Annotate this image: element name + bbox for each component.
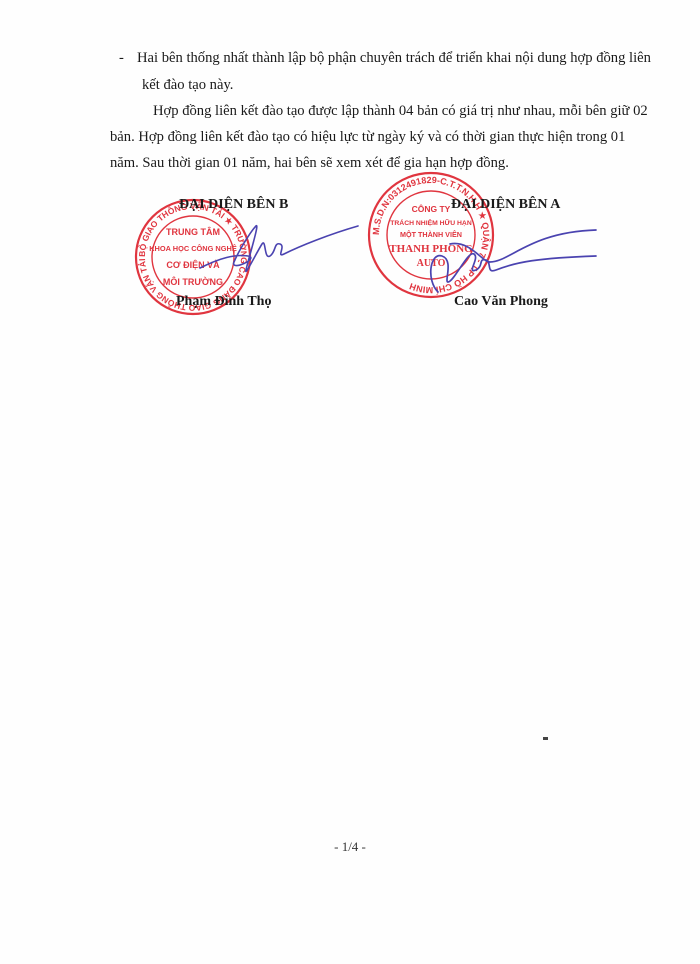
page-number: - 1/4 - [0,839,700,855]
party-b-name: Phạm Đình Thọ [176,292,271,312]
scan-speck [543,737,548,740]
party-a-signature [420,222,600,302]
party-a-name: Cao Văn Phong [454,292,548,312]
paragraph-line-1: Hợp đồng liên kết đào tạo được lập thành… [153,101,615,121]
party-a-title: ĐẠI DIỆN BÊN A [451,195,560,215]
bullet-marker: - [119,48,124,68]
svg-text:CÔNG TY: CÔNG TY [412,203,451,214]
paragraph-line-2: bản. Hợp đồng liên kết đào tạo có hiệu l… [110,127,615,147]
bullet-text-line-1: Hai bên thống nhất thành lập bộ phận chu… [137,48,615,68]
bullet-text-line-2: kết đào tạo này. [142,75,233,95]
document-page: - Hai bên thống nhất thành lập bộ phận c… [0,0,700,964]
party-b-signature [190,220,360,290]
party-b-title: ĐẠI DIỆN BÊN B [179,195,288,215]
